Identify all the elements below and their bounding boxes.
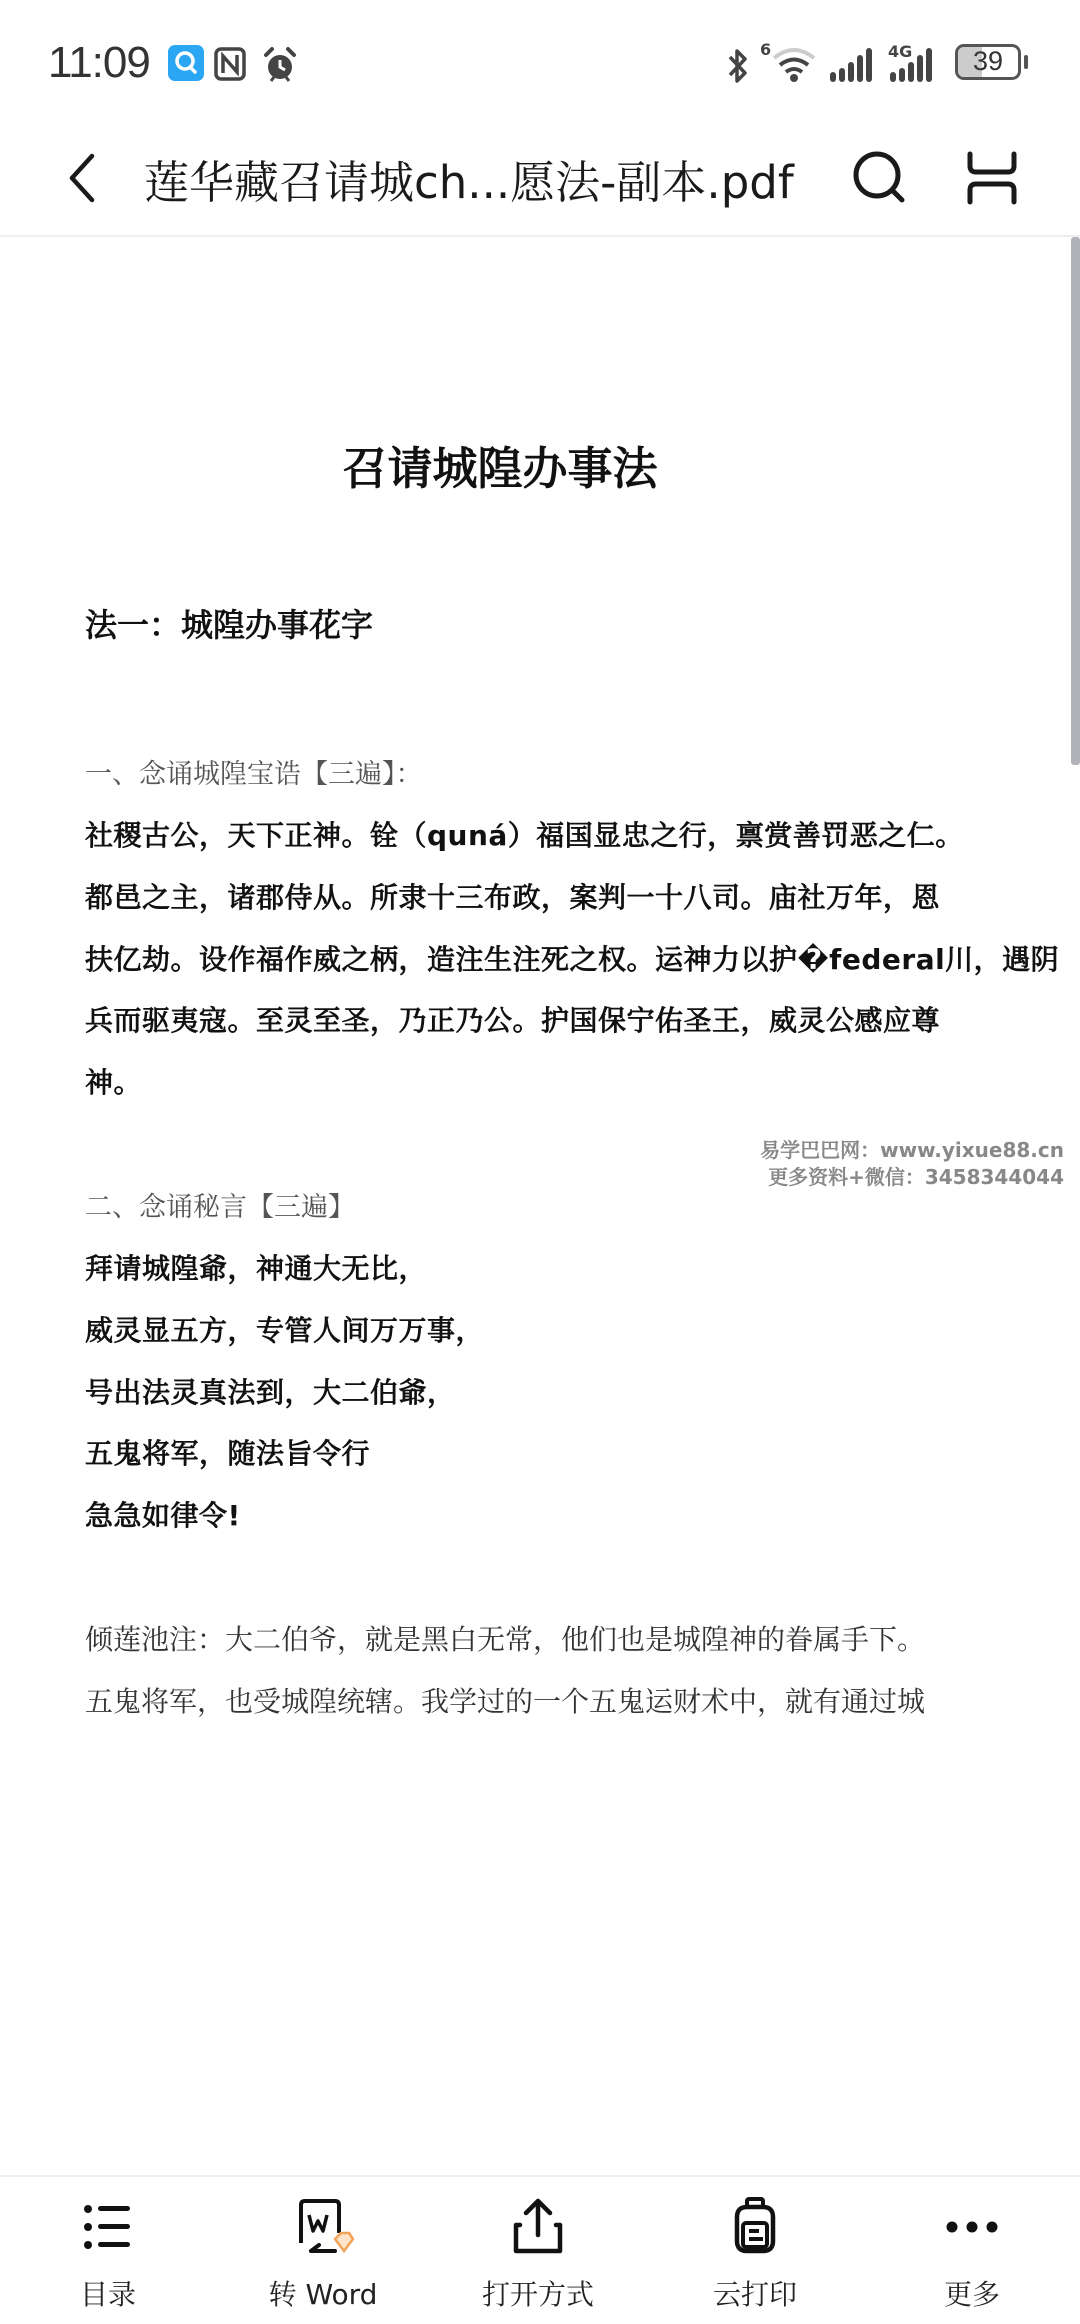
signal-icon bbox=[828, 44, 874, 80]
list-icon bbox=[76, 2195, 140, 2259]
section1-label: 一、念诵城隍宝诰【三遍】： bbox=[85, 752, 423, 791]
convert-word-button[interactable]: 转 Word bbox=[233, 2185, 413, 2320]
section1-line: 扶亿劫。设作福作威之柄，造注生注死之权。运神力以护�federal川，遇阴 bbox=[85, 938, 1059, 978]
doc-heading: 法一：城隍办事花字 bbox=[85, 600, 373, 646]
battery-tip bbox=[1024, 55, 1028, 69]
search-app-icon bbox=[168, 45, 204, 81]
convert-word-label: 转 Word bbox=[233, 2273, 413, 2313]
search-icon bbox=[850, 148, 910, 208]
status-time: 11:09 bbox=[48, 38, 150, 88]
open-with-button[interactable]: 打开方式 bbox=[448, 2185, 628, 2320]
alarm-icon bbox=[262, 46, 298, 82]
note-line: 倾莲池注：大二伯爷，就是黑白无常，他们也是城隍神的眷属手下。 bbox=[85, 1618, 925, 1658]
share-icon bbox=[506, 2195, 570, 2259]
4g-signal-icon bbox=[888, 44, 936, 80]
watermark-line2: 更多资料+微信：3458344044 bbox=[768, 1161, 1064, 1190]
nfc-icon bbox=[213, 46, 247, 82]
search-button[interactable] bbox=[850, 148, 910, 208]
fullscreen-icon bbox=[962, 148, 1022, 208]
fullscreen-button[interactable] bbox=[962, 148, 1022, 208]
open-with-label: 打开方式 bbox=[448, 2273, 628, 2313]
section1-line: 都邑之主，诸郡侍从。所隶十三布政，案判一十八司。庙社万年，恩 bbox=[85, 876, 940, 916]
chevron-left-icon bbox=[60, 148, 110, 208]
section2-line: 威灵显五方，专管人间万万事， bbox=[85, 1309, 484, 1349]
watermark-line1: 易学巴巴网：www.yixue88.cn bbox=[760, 1134, 1064, 1163]
back-button[interactable] bbox=[60, 148, 110, 208]
section1-line: 兵而驱夷寇。至灵至圣，乃正乃公。护国保宁佑圣王，威灵公感应尊 bbox=[85, 999, 940, 1039]
battery-level: 39 bbox=[958, 46, 1018, 77]
section2-line: 五鬼将军，随法旨令行 bbox=[85, 1432, 370, 1472]
bluetooth-icon bbox=[725, 46, 751, 82]
more-label: 更多 bbox=[882, 2273, 1062, 2313]
battery-icon: 39 bbox=[955, 44, 1021, 80]
section1-line: 神。 bbox=[85, 1061, 142, 1101]
wifi-6-icon bbox=[770, 44, 818, 80]
section2-line: 急急如律令! bbox=[85, 1494, 241, 1534]
section2-line: 拜请城隍爺，神通大无比， bbox=[85, 1247, 427, 1287]
convert-word-icon bbox=[291, 2195, 355, 2259]
toc-button[interactable]: 目录 bbox=[18, 2185, 198, 2320]
section1-line: 社稷古公，天下正神。铨（quná）福国显忠之行，禀赏善罚恶之仁。 bbox=[85, 814, 964, 854]
cloud-print-label: 云打印 bbox=[665, 2273, 845, 2313]
cloud-print-button[interactable]: 云打印 bbox=[665, 2185, 845, 2320]
more-button[interactable]: 更多 bbox=[882, 2185, 1062, 2320]
document-title: 莲华藏召请城ch...愿法-副本.pdf bbox=[144, 146, 794, 211]
section2-label: 二、念诵秘言【三遍】 bbox=[85, 1185, 355, 1224]
toc-label: 目录 bbox=[18, 2273, 198, 2313]
print-icon bbox=[723, 2195, 787, 2259]
doc-title: 召请城隍办事法 bbox=[0, 432, 1000, 497]
scrollbar[interactable] bbox=[1071, 237, 1080, 765]
note-line: 五鬼将军，也受城隍统辖。我学过的一个五鬼运财术中，就有通过城 bbox=[85, 1680, 925, 1720]
section2-line: 号出法灵真法到，大二伯爺， bbox=[85, 1371, 456, 1411]
more-icon bbox=[940, 2195, 1004, 2259]
